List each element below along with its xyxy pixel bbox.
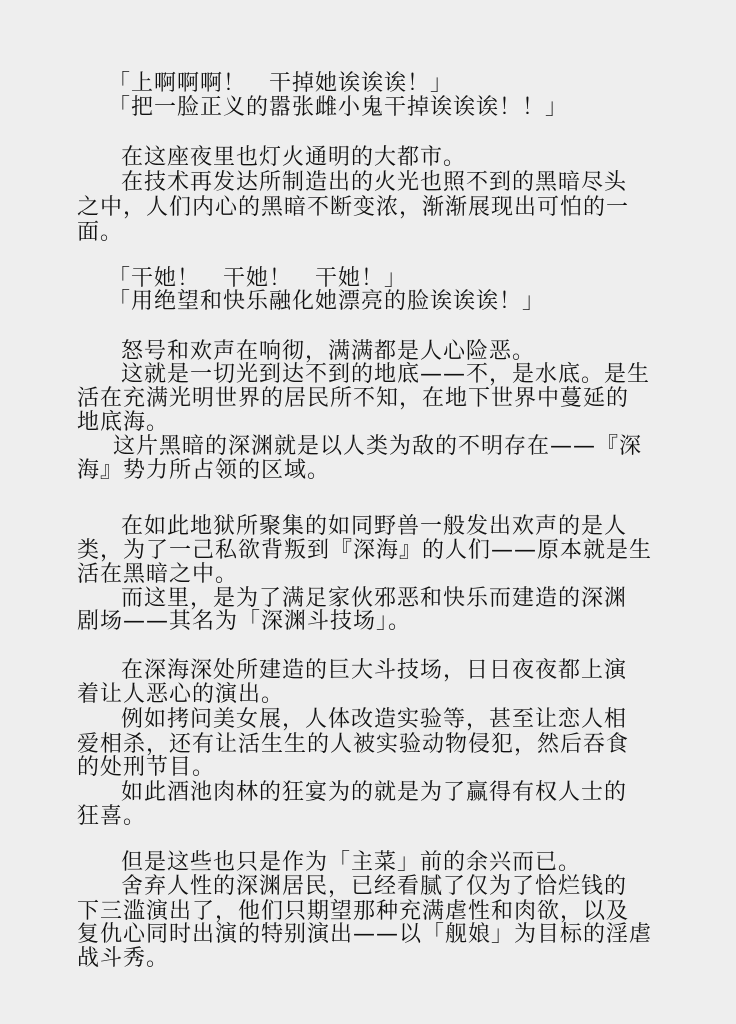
paragraph-first-line: 如此酒池肉林的狂宴为的就是为了赢得有权人士的 [121,781,627,805]
paragraph-line: 爱相杀，还有让活生生的人被实验动物侵犯，然后吞食 [77,733,629,757]
paragraph-line: 地底海。 [77,411,169,435]
paragraph-first-line: 在深海深处所建造的巨大斗技场，日日夜夜都上演 [121,659,627,683]
paragraph-line: 活在黑暗之中。 [77,563,238,587]
dialogue-line: 「上啊啊啊！ 干掉她诶诶诶！」 [108,72,453,96]
paragraph-line: 狂喜。 [77,805,146,829]
paragraph-first-line: 这就是一切光到达不到的地底——不，是水底。是生 [121,363,650,387]
dialogue-line: 「用绝望和快乐融化她漂亮的脸诶诶诶！」 [108,290,545,314]
dialogue-line: 「干她！ 干她！ 干她！」 [108,267,407,291]
paragraph-line: 着让人恶心的演出。 [77,683,284,707]
paragraph-first-line: 在这座夜里也灯火通明的大都市。 [121,146,466,170]
paragraph-line: 之中，人们内心的黑暗不断变浓，渐渐展现出可怕的一 [77,196,629,220]
paragraph-first-line: 在技术再发达所制造出的火光也照不到的黑暗尽头 [121,171,627,195]
paragraph-line: 面。 [77,221,123,245]
paragraph-first-line: 而这里，是为了满足家伙邪恶和快乐而建造的深渊 [121,587,627,611]
paragraph-line: 的处刑节目。 [77,756,215,780]
dialogue-line: 「把一脸正义的嚣张雌小鬼干掉诶诶诶！！」 [108,96,568,120]
paragraph-first-line: 但是这些也只是作为「主菜」前的余兴而已。 [121,851,581,875]
paragraph-line: 类，为了一己私欲背叛到『深海』的人们——原本就是生 [77,539,652,563]
paragraph-line: 剧场——其名为「深渊斗技场」。 [77,610,411,634]
paragraph-line: 下三滥演出了，他们只期望那种充满虐性和肉欲，以及 [77,900,629,924]
paragraph-first-line: 在如此地狱所聚集的如同野兽一般发出欢声的是人 [121,515,627,539]
paragraph-first-line: 这片黑暗的深渊就是以人类为敌的不明存在——『深 [113,435,642,459]
paragraph-first-line: 例如拷问美女展，人体改造实验等，甚至让恋人相 [121,708,627,732]
paragraph-first-line: 怒号和欢声在响彻，满满都是人心险恶。 [121,340,535,364]
document-page: 「上啊啊啊！ 干掉她诶诶诶！」 「把一脸正义的嚣张雌小鬼干掉诶诶诶！！」 在这座… [0,0,736,1024]
paragraph-line: 海』势力所占领的区域。 [77,459,330,483]
paragraph-line: 战斗秀。 [77,947,169,971]
paragraph-line: 活在充满光明世界的居民所不知，在地下世界中蔓延的 [77,387,629,411]
paragraph-first-line: 舍弃人性的深渊居民，已经看腻了仅为了恰烂钱的 [121,875,627,899]
paragraph-line: 复仇心同时出演的特别演出——以「舰娘」为目标的淫虐 [77,923,652,947]
